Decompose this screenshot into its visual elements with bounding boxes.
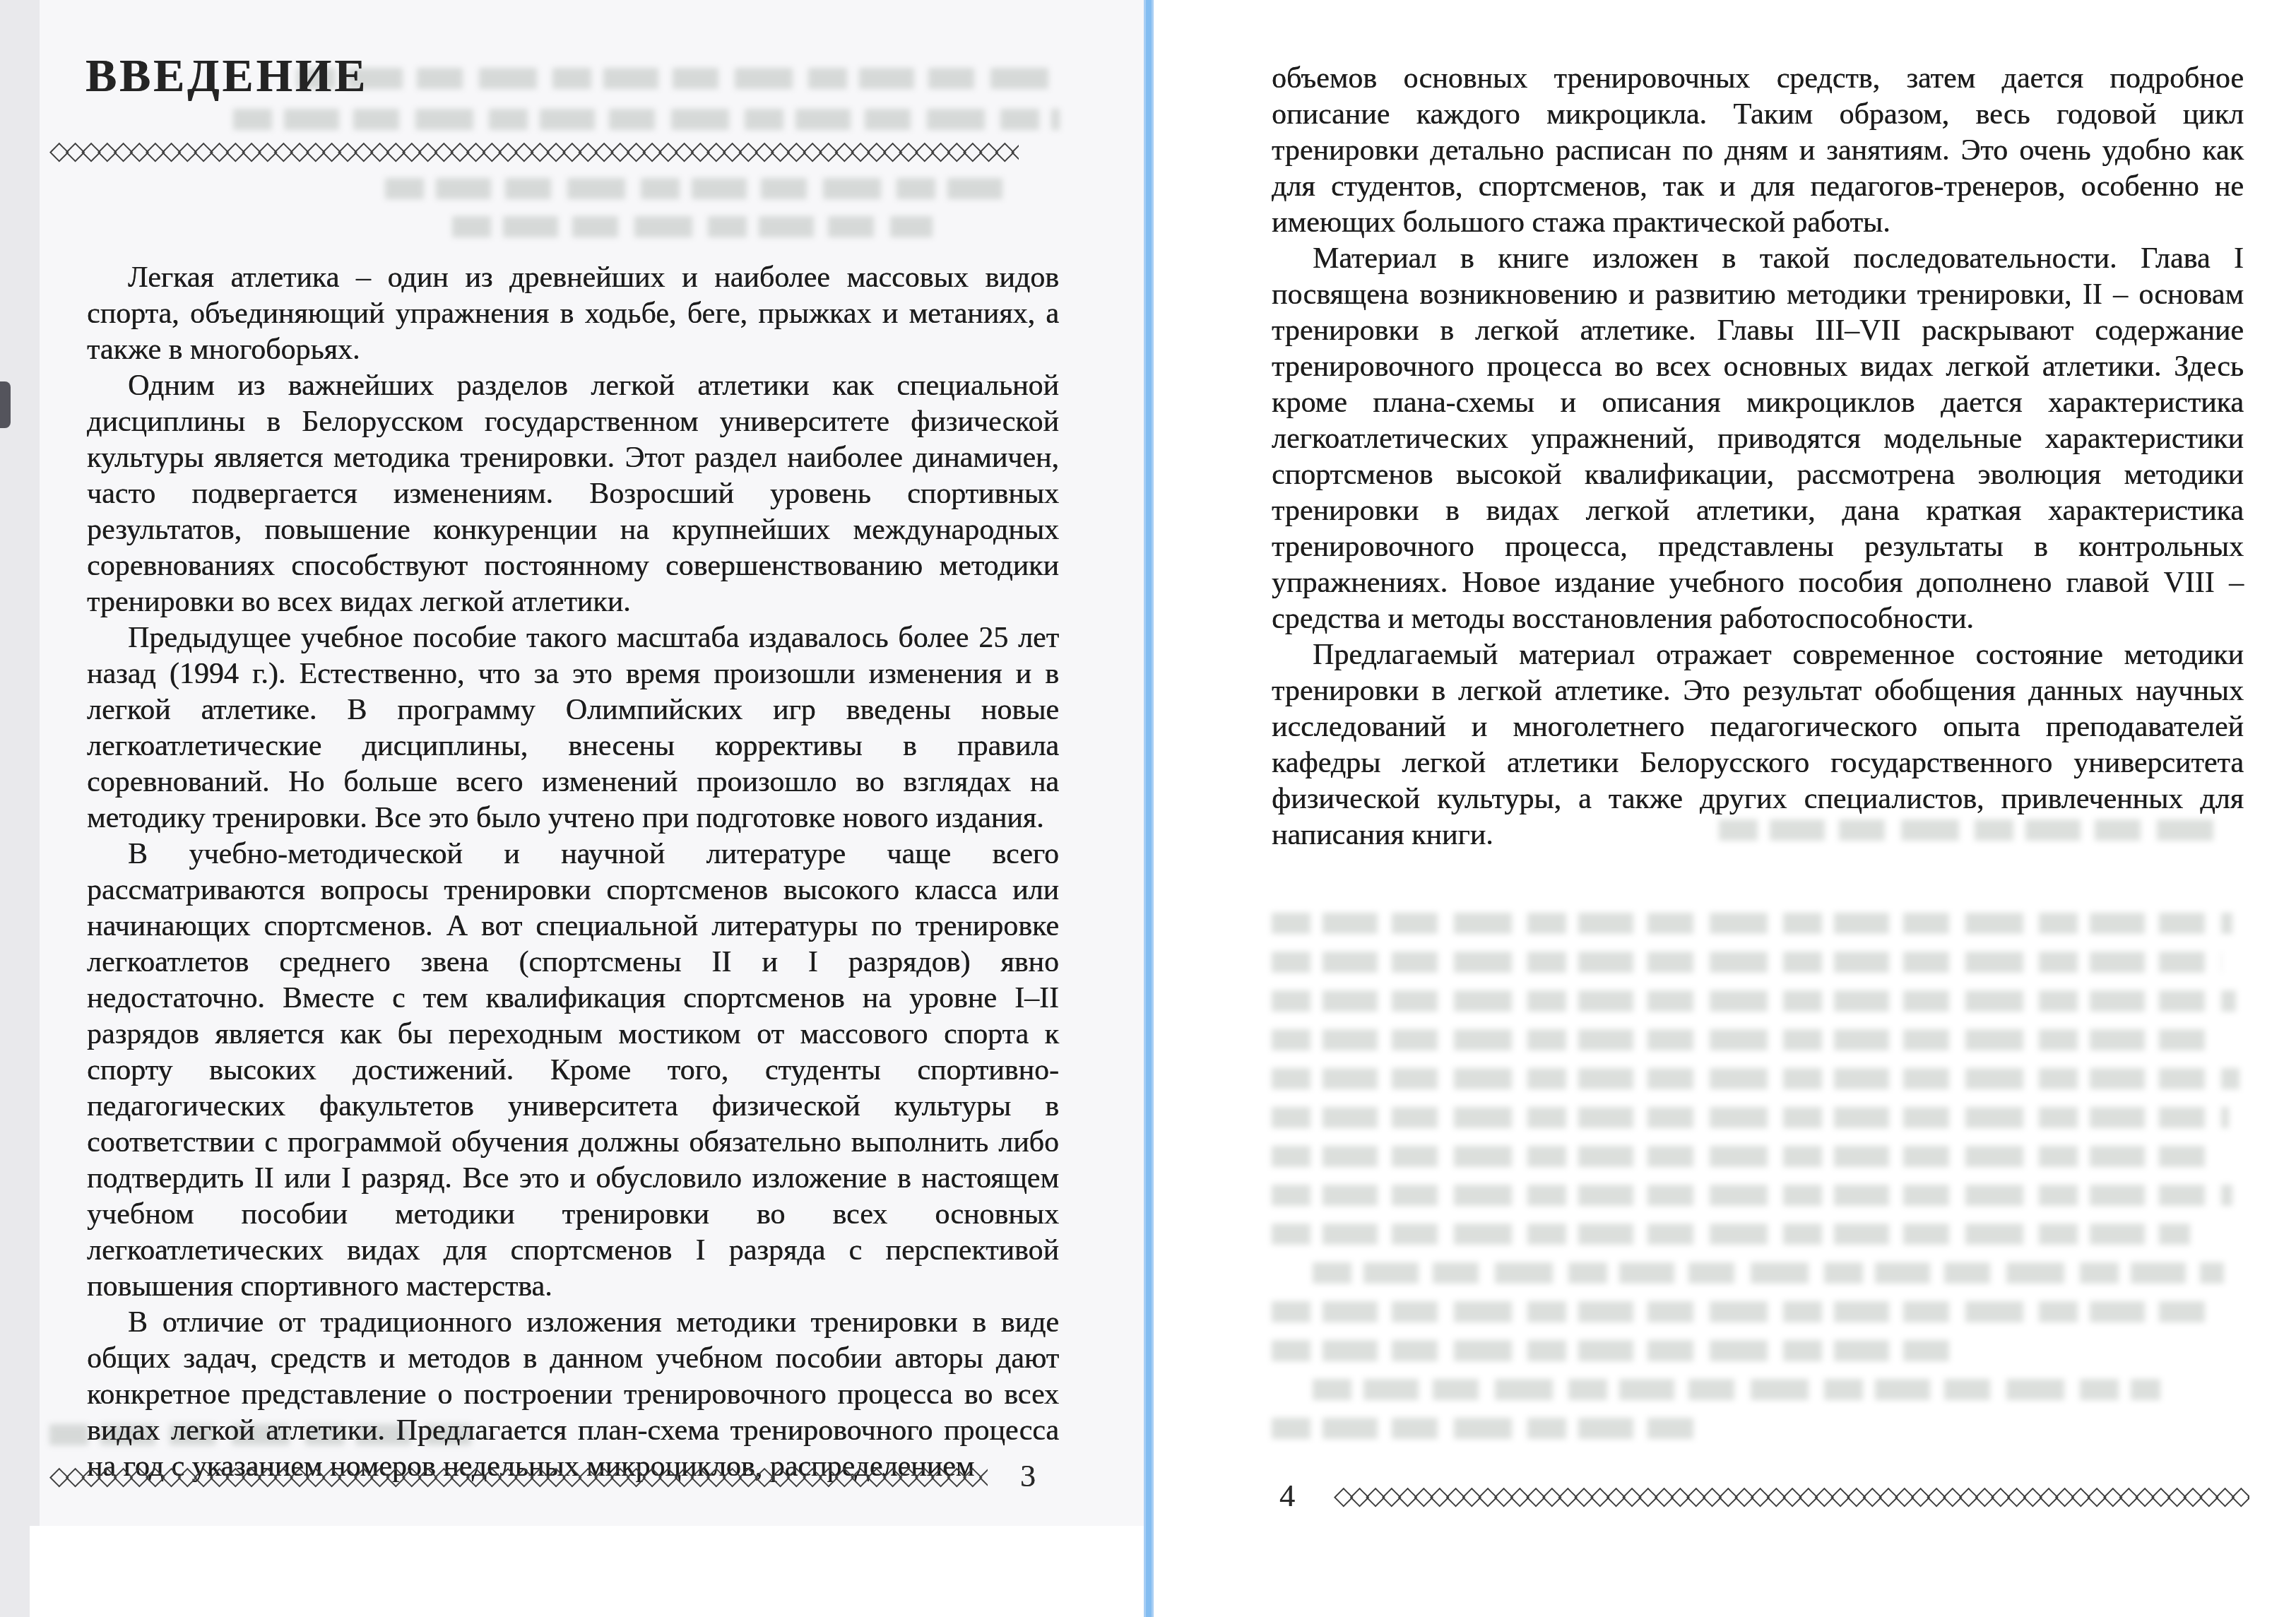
paragraph: В отличие от традиционного изложения мет… (87, 1305, 1059, 1485)
bleedthrough-line (1272, 1224, 2190, 1245)
page-number-right: 4 (1279, 1478, 1295, 1514)
bleedthrough-line (1272, 1029, 2211, 1050)
bleedthrough-line (1313, 1379, 2160, 1400)
bleedthrough-line (452, 216, 933, 237)
paragraph: Одним из важнейших разделов легкой атлет… (87, 368, 1059, 620)
bleedthrough-line (1272, 1185, 2232, 1206)
bleedthrough-line (1272, 952, 2222, 973)
page-number-left: 3 (1020, 1458, 1036, 1494)
body-text-left: Легкая атлетика – один из древнейших и н… (87, 260, 1059, 1485)
body-text-right: объемов основных тренировочных средств, … (1272, 61, 2244, 853)
scan-edge-strip (0, 0, 40, 1617)
page-right: объемов основных тренировочных средств, … (1154, 0, 2296, 1617)
bleedthrough-line (1272, 1340, 1964, 1361)
bleedthrough-line (1272, 1107, 2229, 1128)
ornament-divider-top: ◇◇◇◇◇◇◇◇◇◇◇◇◇◇◇◇◇◇◇◇◇◇◇◇◇◇◇◇◇◇◇◇◇◇◇◇◇◇◇◇… (49, 138, 1019, 167)
bleedthrough-line (1313, 1262, 2224, 1284)
paragraph: Материал в книге изложен в такой последо… (1272, 241, 2244, 637)
paragraph: Предыдущее учебное пособие такого масшта… (87, 620, 1059, 836)
bleedthrough-line (385, 178, 1014, 199)
ornament-divider-bottom: ◇◇◇◇◇◇◇◇◇◇◇◇◇◇◇◇◇◇◇◇◇◇◇◇◇◇◇◇◇◇◇◇◇◇◇◇◇◇◇◇… (1334, 1483, 2249, 1512)
scan-edge-mark (0, 381, 11, 428)
bleedthrough-line (1272, 1068, 2239, 1089)
bleedthrough-line (1272, 1146, 2218, 1167)
page-left: ВВЕДЕНИЕ ◇◇◇◇◇◇◇◇◇◇◇◇◇◇◇◇◇◇◇◇◇◇◇◇◇◇◇◇◇◇◇… (0, 0, 1144, 1617)
paragraph: В учебно-методической и научной литерату… (87, 836, 1059, 1305)
bleedthrough-line (1272, 1418, 1710, 1439)
bleedthrough-line (233, 109, 1060, 130)
paragraph: объемов основных тренировочных средств, … (1272, 61, 2244, 241)
scan-margin (30, 1526, 1144, 1617)
bleedthrough-line (1719, 819, 2213, 841)
bleedthrough-line (1272, 1301, 2211, 1322)
bleedthrough-line (297, 68, 1060, 89)
paragraph: Легкая атлетика – один из древнейших и н… (87, 260, 1059, 368)
ornament-divider-bottom: ◇◇◇◇◇◇◇◇◇◇◇◇◇◇◇◇◇◇◇◇◇◇◇◇◇◇◇◇◇◇◇◇◇◇◇◇◇◇◇◇… (49, 1464, 988, 1492)
page-title: ВВЕДЕНИЕ (85, 49, 368, 103)
bleedthrough-line (1272, 913, 2232, 934)
page-gutter-divider (1144, 0, 1154, 1617)
bleedthrough-line (1272, 990, 2236, 1012)
